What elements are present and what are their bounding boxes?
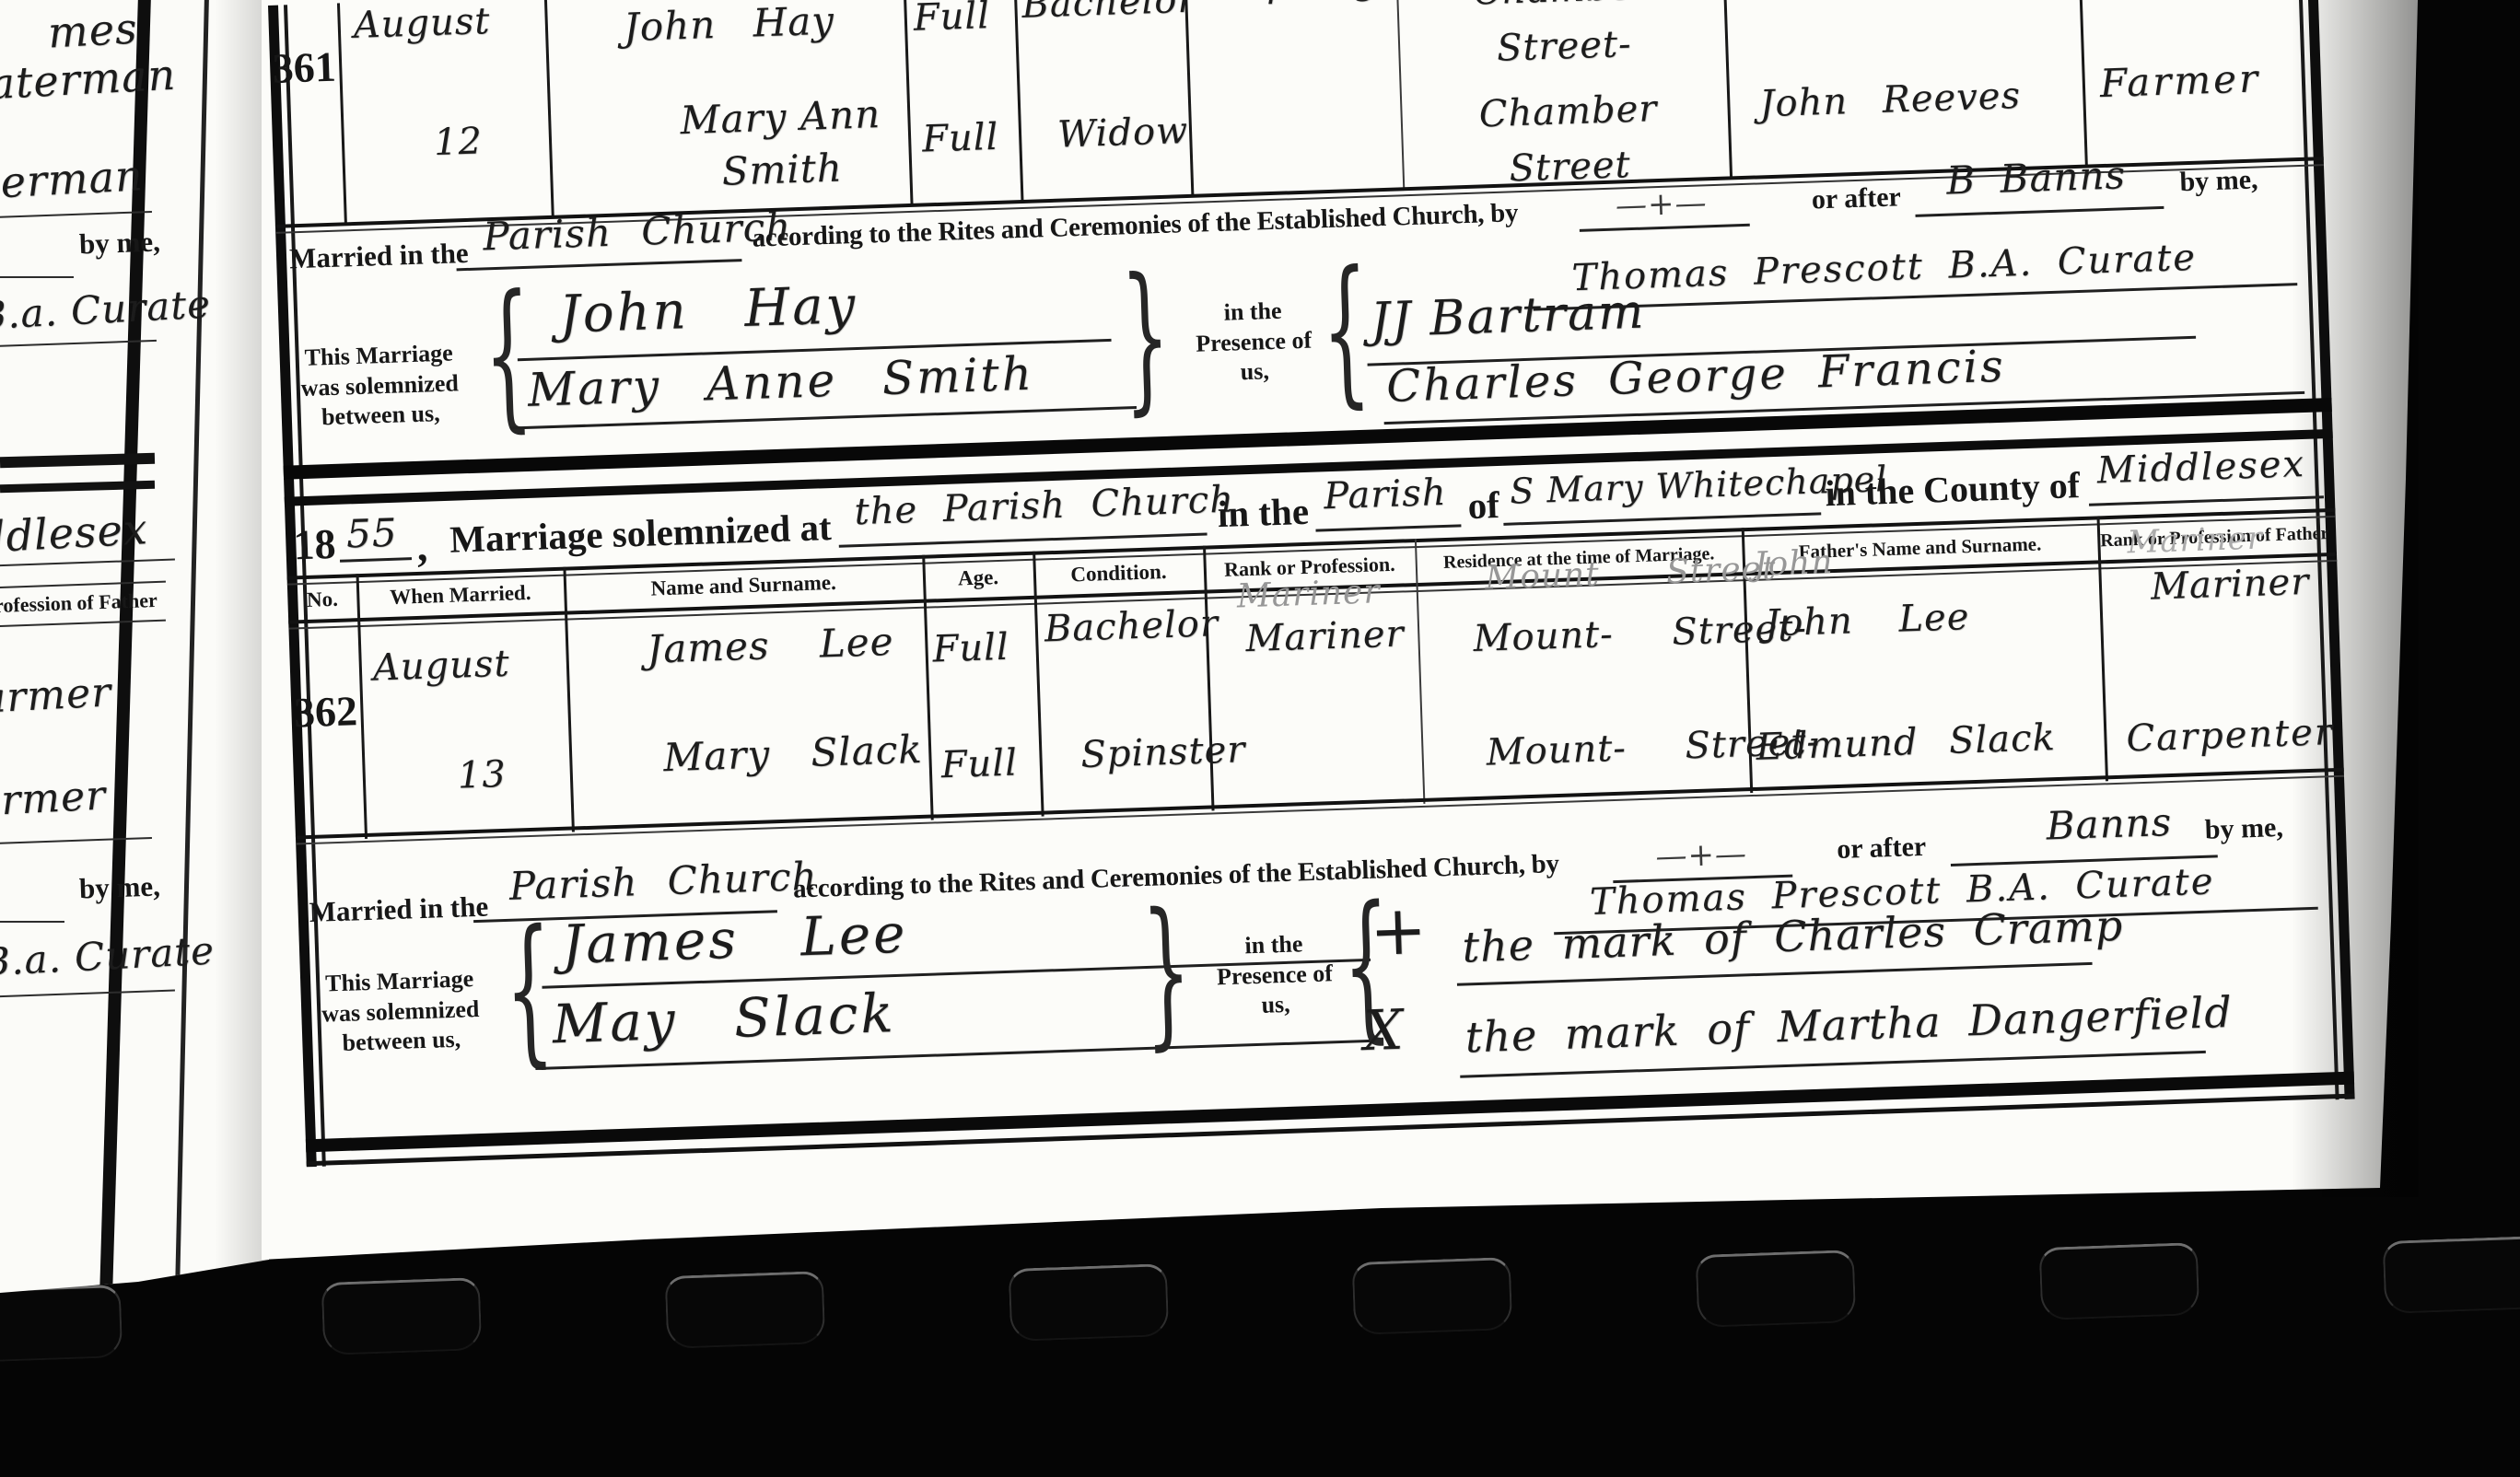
column-rule (356, 574, 368, 839)
film-sprocket-notch (2039, 1242, 2200, 1320)
entry-361-number: 361 (271, 42, 337, 93)
groom-signature-362: James Lee (561, 902, 909, 976)
entry-362-bride-father: Edmund Slack (1756, 716, 2057, 769)
film-sprocket-notch (321, 1277, 483, 1355)
header-rule (2089, 495, 2324, 506)
entry-361-bride-condition: Widow (1056, 110, 1189, 157)
row-divider (296, 768, 2344, 840)
brace-close-couple-362: } (1140, 892, 1193, 1053)
left-rule (0, 921, 64, 923)
witness-signature-1-362: the mark of Charles Cramp (1462, 901, 2124, 972)
col-header-age: Age. (923, 564, 1034, 592)
header-district: Parish (1324, 471, 1448, 518)
film-sprocket-notch (1696, 1250, 1857, 1328)
left-rule (0, 837, 152, 844)
entry-362-groom-residence: Mount- Street- (1473, 607, 1808, 660)
entry-362-bride-name: Mary Slack (663, 727, 924, 780)
entry-362-groom-condition: Bachelor (1044, 602, 1219, 650)
film-sprocket-notch (1009, 1263, 1170, 1342)
entry-362-bride-condition: Spinster (1080, 728, 1246, 776)
year-printed: 18 (293, 519, 337, 569)
col-header-condition: Condition. (1033, 559, 1205, 588)
by-blank-362: —+— (1655, 835, 1748, 875)
column-rule (1722, 0, 1732, 178)
entry-362-day: 13 (457, 753, 507, 797)
entry-361-groom-age: Full (913, 0, 991, 40)
header-place: the Parish Church (854, 479, 1235, 534)
entry-362-groom-father-rank-pencil: Mariner (2127, 520, 2264, 562)
banns-362: Banns (2046, 799, 2173, 849)
column-rule (2078, 0, 2088, 167)
column-rule (1032, 552, 1044, 817)
married-in-label-362: Married in the (309, 890, 489, 929)
header-county: Middlesex (2096, 443, 2306, 492)
entry-361-groom-name: John Hay (623, 0, 834, 50)
column-rule (1184, 0, 1194, 196)
married-in-place-361: Parish Church (483, 204, 792, 259)
column-rule (922, 555, 934, 820)
header-of: of (1467, 483, 1500, 528)
header-rule (839, 533, 1207, 548)
left-signature-fragment: mes (47, 3, 139, 57)
left-rule (0, 276, 74, 278)
column-rule (544, 0, 554, 217)
entry-362-groom-rank: Mariner (1245, 612, 1406, 660)
column-rule (2096, 516, 2108, 781)
left-page-edge: mes waterman herman by me, B.a. Curate d… (0, 0, 269, 1477)
left-entry-fragment: armer (0, 669, 112, 722)
column-rule (1395, 0, 1405, 189)
blank-rule (1916, 206, 2164, 217)
rites-text-362: according to the Rites and Ceremonies of… (793, 848, 1586, 904)
film-sprocket-notch (1352, 1257, 1513, 1335)
entry-361-month: August (353, 0, 491, 47)
row-divider-2 (296, 775, 2344, 845)
by-me-label-361: by me, (2179, 164, 2258, 198)
left-by-me-label: by me, (78, 869, 160, 905)
header-rule (1503, 512, 1821, 525)
left-rule (0, 990, 175, 998)
col-header-when-married: When Married. (356, 580, 565, 611)
entry-362-groom-rank-pencil: Mariner (1236, 573, 1381, 615)
left-county-fragment: ddlesex (0, 504, 149, 563)
solemnized-label-362: This Marriage was solemnized between us, (309, 964, 492, 1060)
presence-label-362: in the Presence of us, (1211, 928, 1338, 1022)
witness-1-mark-362: + (1369, 890, 1429, 971)
groom-signature-361: John Hay (558, 275, 858, 345)
entry-361-day: 12 (433, 120, 483, 164)
microfilm-scan: mes waterman herman by me, B.a. Curate d… (0, 0, 2520, 1477)
left-rule (0, 211, 152, 218)
blank-rule (1580, 224, 1750, 232)
by-blank-361: —+— (1615, 184, 1708, 224)
entry-361-bride-father-rank: Farmer (2099, 55, 2261, 106)
column-rule (1415, 539, 1426, 804)
left-column-header-fragment: rofession of Father (0, 588, 157, 618)
entry-362-number: 362 (293, 686, 359, 737)
left-rule (0, 620, 166, 628)
by-me-label-362: by me, (2204, 812, 2283, 846)
bride-signature-362: May Slack (552, 982, 897, 1055)
or-after-label-361: or after (1811, 181, 1901, 215)
year-rule (340, 557, 412, 563)
column-rule (1014, 0, 1024, 202)
header-rule (1315, 524, 1461, 531)
gutter-shadow (215, 0, 268, 1280)
left-rule (0, 581, 166, 589)
married-in-label-361: Married in the (289, 237, 470, 275)
left-signature-fragment: waterman (0, 50, 177, 111)
left-by-me-label: by me, (78, 225, 160, 261)
film-sprocket-notch (665, 1271, 826, 1349)
film-sprocket-notch (0, 1285, 122, 1363)
entry-362-groom-father-pencil: John (1753, 543, 1834, 584)
page-fold-line-2 (175, 0, 209, 1297)
column-rule (563, 567, 575, 832)
entry-361-bride-name: Mary Ann Smith (632, 87, 930, 201)
entry-362-bride-age: Full (940, 741, 1019, 786)
entry-362-groom-name: James Lee (647, 619, 895, 672)
header-county-label: in the County of (1825, 463, 2081, 515)
film-sprocket-notch (2383, 1236, 2520, 1314)
entry-362-month: August (372, 643, 510, 690)
witness-2-mark-362: X (1362, 998, 1405, 1064)
column-rule (337, 3, 347, 224)
left-curate-fragment: B.a. Curate (0, 281, 212, 338)
year-handwritten: 55 (345, 510, 398, 557)
or-after-label-362: or after (1837, 832, 1927, 866)
witness-signature-2-362: the mark of Martha Dangerfield (1464, 987, 2234, 1063)
brace-close-couple-361: } (1120, 257, 1172, 418)
married-in-place-362: Parish Church (508, 854, 818, 909)
entry-362-groom-age: Full (932, 626, 1010, 671)
witness-signature-2-361: Charles George Francis (1385, 341, 2006, 413)
entry-362-groom-father-rank: Mariner (2150, 561, 2310, 609)
witness-signature-1-361: JJ Bartram (1370, 285, 1646, 349)
col-header-no: No. (287, 587, 357, 612)
entry-361-groom-residence: Chamber Street- (1455, 0, 1671, 78)
entry-361-bride-age: Full (921, 116, 999, 161)
brace-open-couple-362: { (503, 910, 555, 1071)
brace-open-couple-361: { (482, 274, 534, 436)
entry-361-groom-condition: Bachelor (1021, 0, 1196, 27)
left-signature-fragment: herman (0, 150, 145, 209)
solemnized-label-361: This Marriage was solemnized between us, (288, 338, 471, 434)
entry-362-groom-father: John Lee (1764, 596, 1970, 645)
brace-open-witness-361: { (1319, 250, 1371, 412)
banns-361: B Banns (1945, 152, 2126, 203)
presence-label-361: in the Presence of us, (1190, 296, 1317, 390)
entry-362-bride-father-rank: Carpenter (2126, 711, 2335, 760)
left-entry-fragment: armer (0, 772, 107, 825)
entry-361-bride-father: John Reeves (1759, 75, 2022, 125)
header-in-the: in the (1217, 489, 1310, 536)
header-solemnized-at: Marriage solemnized at (449, 505, 833, 562)
year-comma: , (416, 522, 428, 571)
entry-361-groom-rank: Shipwright (1202, 0, 1420, 7)
register-content: 361 August 12 John Hay Mary Ann Smith Fu… (268, 0, 2356, 1192)
